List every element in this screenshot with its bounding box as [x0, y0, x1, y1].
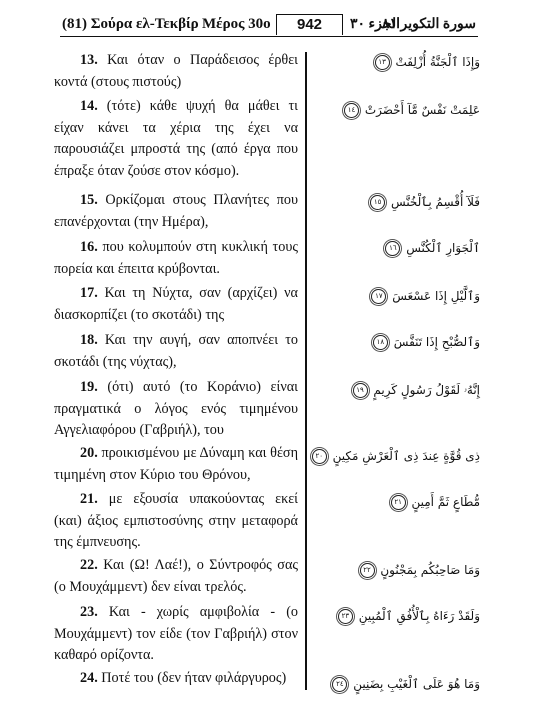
verse-number: 17.	[80, 285, 98, 301]
arabic-verse-text: إِنَّهُۥ لَقَوْلُ رَسُولٍ كَرِيمٍ	[373, 383, 480, 397]
verse-number: 24.	[80, 670, 98, 686]
verse-number: 21.	[80, 491, 98, 507]
arabic-verse: وَإِذَا ٱلْجَنَّةُ أُزْلِفَتْ ١٣	[320, 52, 480, 72]
ayah-end-marker-icon: ٢١	[391, 495, 406, 510]
arabic-verse-text: عَلِمَتْ نَفْسٌ مَّآ أَحْضَرَتْ	[365, 103, 480, 117]
part-label-greek: Μέρος 30ο	[202, 16, 271, 33]
greek-verse: 15. Ορκίζομαι στους Πλανήτες που επανέρχ…	[54, 190, 298, 233]
verse-number: 22.	[80, 557, 98, 573]
verse-number: 13.	[80, 52, 98, 68]
greek-verse: 13. Και όταν ο Παράδεισος έρθει κοντά (σ…	[54, 50, 298, 93]
ayah-end-marker-icon: ٢٠	[312, 449, 327, 464]
ayah-end-marker-icon: ٢٤	[332, 677, 347, 692]
greek-verse: 17. Και τη Νύχτα, σαν (αρχίζει) να διασκ…	[54, 283, 298, 326]
arabic-verse: عَلِمَتْ نَفْسٌ مَّآ أَحْضَرَتْ ١٤	[320, 100, 480, 120]
arabic-verse-text: وَإِذَا ٱلْجَنَّةُ أُزْلِفَتْ	[395, 55, 480, 69]
arabic-verse-text: فَلَآ أُقْسِمُ بِٱلْخُنَّسِ	[391, 195, 480, 209]
arabic-verse-text: وَٱلصُّبْحِ إِذَا تَنَفَّسَ	[394, 335, 480, 349]
column-divider	[305, 52, 307, 690]
page-number: 942	[276, 14, 343, 35]
arabic-verse-text: وَٱلَّيْلِ إِذَا عَسْعَسَ	[392, 289, 480, 303]
ayah-end-marker-icon: ١٧	[371, 289, 386, 304]
verse-number: 23.	[80, 604, 98, 620]
arabic-verse: وَٱلَّيْلِ إِذَا عَسْعَسَ ١٧	[320, 286, 480, 306]
arabic-verse: ذِى قُوَّةٍ عِندَ ذِى ٱلْعَرْشِ مَكِينٍ …	[320, 446, 480, 466]
greek-verse: 20. προικισμένου με Δύναμη και θέση τιμη…	[54, 443, 298, 486]
ayah-end-marker-icon: ١٣	[375, 55, 390, 70]
greek-verse: 21. με εξουσία υπακούοντας εκεί (και) άξ…	[54, 489, 298, 554]
arabic-verse: وَٱلصُّبْحِ إِذَا تَنَفَّسَ ١٨	[320, 332, 480, 352]
arabic-verse: وَمَا هُوَ عَلَى ٱلْغَيْبِ بِضَنِينٍ ٢٤	[320, 674, 480, 694]
greek-verse: 16. που κολυμπούν στη κυκλική τους πορεί…	[54, 237, 298, 280]
greek-verse: 24. Ποτέ του (δεν ήταν φιλάργυρος)	[54, 668, 298, 690]
verse-number: 18.	[80, 332, 98, 348]
greek-verse: 18. Και την αυγή, σαν αποπνέει το σκοτάδ…	[54, 330, 298, 373]
greek-verse: 22. Και (Ω! Λαέ!), ο Σύντροφός σας (ο Μο…	[54, 555, 298, 598]
arabic-verse-text: مُّطَاعٍ ثَمَّ أَمِينٍ	[411, 495, 480, 509]
verse-text: Ποτέ του (δεν ήταν φιλάργυρος)	[101, 670, 286, 686]
ayah-end-marker-icon: ١٩	[353, 383, 368, 398]
arabic-verse-text: وَمَا صَاحِبُكُم بِمَجْنُونٍ	[380, 563, 480, 577]
verse-number: 20.	[80, 445, 98, 461]
greek-verse: 14. (τότε) κάθε ψυχή θα μάθει τι είχαν κ…	[54, 96, 298, 182]
verse-number: 19.	[80, 379, 98, 395]
ayah-end-marker-icon: ١٤	[344, 103, 359, 118]
ayah-end-marker-icon: ٢٢	[360, 563, 375, 578]
arabic-verse-text: وَلَقَدْ رَءَاهُ بِٱلْأُفُقِ ٱلْمُبِينِ	[359, 609, 480, 623]
verse-number: 16.	[80, 239, 98, 255]
arabic-verse: وَلَقَدْ رَءَاهُ بِٱلْأُفُقِ ٱلْمُبِينِ …	[320, 606, 480, 626]
surah-title-greek: (81) Σούρα ελ-Τεκβίρ	[62, 16, 199, 33]
arabic-verse-text: وَمَا هُوَ عَلَى ٱلْغَيْبِ بِضَنِينٍ	[353, 677, 480, 691]
ayah-end-marker-icon: ١٥	[370, 195, 385, 210]
arabic-verse-text: ٱلْجَوَارِ ٱلْكُنَّسِ	[406, 241, 480, 255]
ayah-end-marker-icon: ١٨	[373, 335, 388, 350]
ayah-end-marker-icon: ٢٣	[338, 609, 353, 624]
arabic-verse: فَلَآ أُقْسِمُ بِٱلْخُنَّسِ ١٥	[320, 192, 480, 212]
surah-title-arabic: سورة التكوير ٨١	[382, 16, 476, 33]
arabic-verse-text: ذِى قُوَّةٍ عِندَ ذِى ٱلْعَرْشِ مَكِينٍ	[333, 449, 480, 463]
arabic-verse: وَمَا صَاحِبُكُم بِمَجْنُونٍ ٢٢	[320, 560, 480, 580]
greek-verse: 23. Και - χωρίς αμφιβολία - (ο Μουχάμμεν…	[54, 602, 298, 667]
page-header: (81) Σούρα ελ-Τεκβίρ Μέρος 30ο 942 الجزء…	[60, 14, 478, 37]
ayah-end-marker-icon: ١٦	[385, 241, 400, 256]
arabic-verse: إِنَّهُۥ لَقَوْلُ رَسُولٍ كَرِيمٍ ١٩	[320, 380, 480, 400]
verse-number: 14.	[80, 98, 98, 114]
verse-number: 15.	[80, 192, 98, 208]
greek-verse: 19. (ότι) αυτό (το Κοράνιο) είναι πραγμα…	[54, 377, 298, 442]
arabic-verse: ٱلْجَوَارِ ٱلْكُنَّسِ ١٦	[320, 238, 480, 258]
arabic-verse: مُّطَاعٍ ثَمَّ أَمِينٍ ٢١	[320, 492, 480, 512]
